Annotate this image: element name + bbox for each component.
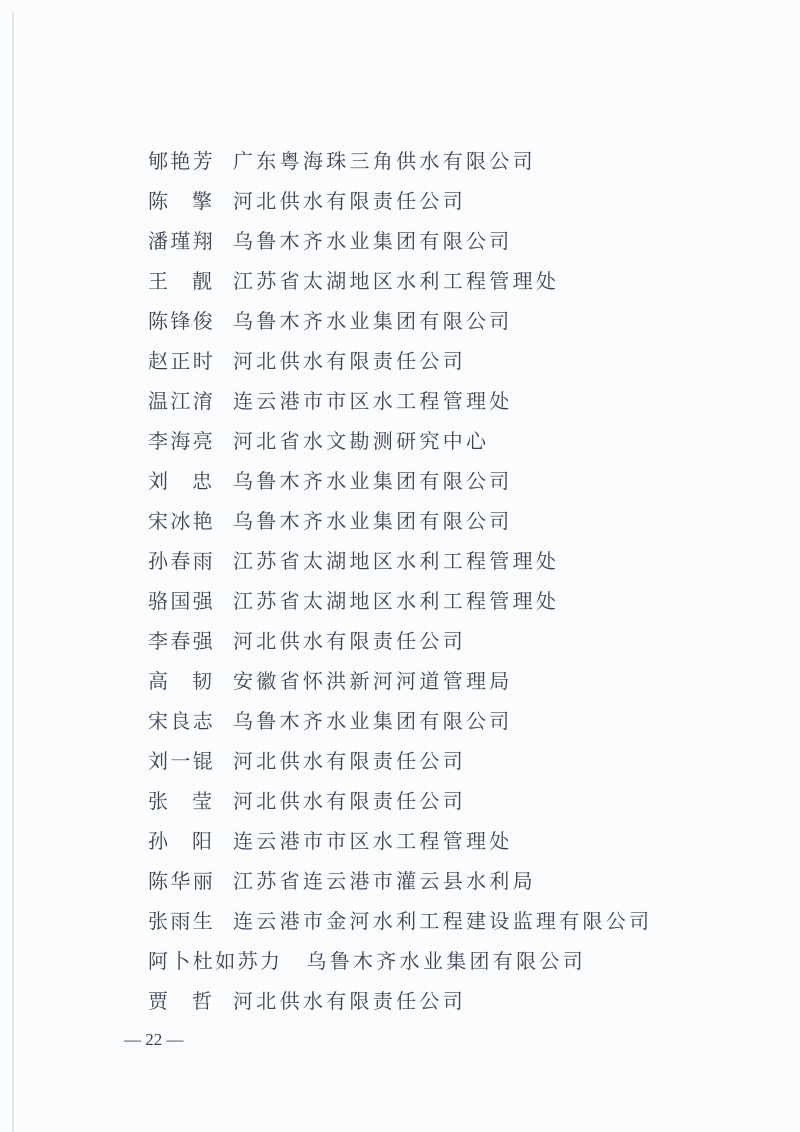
organization-name: 连云港市金河水利工程建设监理有限公司 [233,906,652,936]
name-char: 王 [148,266,168,296]
name-char: 擎 [192,186,212,216]
list-item: 温江淯 连云港市市区水工程管理处 [148,386,652,426]
list-item: 李海亮 河北省水文勘测研究中心 [148,426,652,466]
person-name: 温江淯 [148,386,233,416]
person-name: 赵正时 [148,346,233,376]
person-name: 陈锋俊 [148,306,233,336]
name-char: 陈 [148,186,168,216]
organization-name: 乌鲁木齐水业集团有限公司 [306,946,586,976]
person-name: 李海亮 [148,426,233,456]
name-char: 阳 [192,826,212,856]
personnel-list: 郇艳芳 广东粤海珠三角供水有限公司 陈 擎 河北供水有限责任公司 潘瑾翔 乌鲁木… [148,146,652,1026]
person-name: 宋良志 [148,706,233,736]
name-char: 哲 [192,986,212,1016]
name-char: 莹 [192,786,212,816]
name-char: 孙 [148,826,168,856]
person-name: 张 莹 [148,786,212,816]
person-name: 王 靓 [148,266,212,296]
list-item: 孙春雨 江苏省太湖地区水利工程管理处 [148,546,652,586]
person-name: 阿卜杜如苏力 [148,946,282,976]
organization-name: 江苏省太湖地区水利工程管理处 [233,546,559,576]
organization-name: 江苏省太湖地区水利工程管理处 [233,266,559,296]
list-item: 阿卜杜如苏力 乌鲁木齐水业集团有限公司 [148,946,652,986]
person-name: 郇艳芳 [148,146,233,176]
person-name: 李春强 [148,626,233,656]
list-item: 陈 擎 河北供水有限责任公司 [148,186,652,226]
name-char: 刘 [148,466,168,496]
page-edge-line [12,12,14,1132]
list-item: 宋良志 乌鲁木齐水业集团有限公司 [148,706,652,746]
list-item: 刘 忠 乌鲁木齐水业集团有限公司 [148,466,652,506]
list-item: 陈华丽 江苏省连云港市灌云县水利局 [148,866,652,906]
name-char: 靓 [192,266,212,296]
person-name: 潘瑾翔 [148,226,233,256]
organization-name: 安徽省怀洪新河河道管理局 [233,666,513,696]
list-item: 陈锋俊 乌鲁木齐水业集团有限公司 [148,306,652,346]
list-item: 郇艳芳 广东粤海珠三角供水有限公司 [148,146,652,186]
organization-name: 乌鲁木齐水业集团有限公司 [233,226,513,256]
person-name: 贾 哲 [148,986,212,1016]
list-item: 刘一锟 河北供水有限责任公司 [148,746,652,786]
page-number: — 22 — [124,1030,184,1050]
person-name: 骆国强 [148,586,233,616]
list-item: 张 莹 河北供水有限责任公司 [148,786,652,826]
name-char: 忠 [192,466,212,496]
organization-name: 乌鲁木齐水业集团有限公司 [233,466,513,496]
list-item: 李春强 河北供水有限责任公司 [148,626,652,666]
name-char: 贾 [148,986,168,1016]
organization-name: 河北供水有限责任公司 [233,346,466,376]
organization-name: 连云港市市区水工程管理处 [233,826,513,856]
person-name: 陈华丽 [148,866,233,896]
list-item: 贾 哲 河北供水有限责任公司 [148,986,652,1026]
list-item: 潘瑾翔 乌鲁木齐水业集团有限公司 [148,226,652,266]
person-name: 刘 忠 [148,466,212,496]
organization-name: 河北供水有限责任公司 [233,626,466,656]
name-char: 韧 [192,666,212,696]
organization-name: 乌鲁木齐水业集团有限公司 [233,706,513,736]
person-name: 张雨生 [148,906,233,936]
person-name: 孙 阳 [148,826,212,856]
list-item: 骆国强 江苏省太湖地区水利工程管理处 [148,586,652,626]
organization-name: 河北供水有限责任公司 [233,746,466,776]
organization-name: 江苏省太湖地区水利工程管理处 [233,586,559,616]
organization-name: 河北供水有限责任公司 [233,186,466,216]
person-name: 刘一锟 [148,746,233,776]
organization-name: 连云港市市区水工程管理处 [233,386,513,416]
organization-name: 河北省水文勘测研究中心 [233,426,489,456]
organization-name: 乌鲁木齐水业集团有限公司 [233,506,513,536]
list-item: 王 靓 江苏省太湖地区水利工程管理处 [148,266,652,306]
list-item: 赵正时 河北供水有限责任公司 [148,346,652,386]
person-name: 陈 擎 [148,186,212,216]
person-name: 宋冰艳 [148,506,233,536]
person-name: 高 韧 [148,666,212,696]
name-char: 张 [148,786,168,816]
person-name: 孙春雨 [148,546,233,576]
organization-name: 河北供水有限责任公司 [233,786,466,816]
organization-name: 乌鲁木齐水业集团有限公司 [233,306,513,336]
organization-name: 广东粤海珠三角供水有限公司 [233,146,536,176]
list-item: 张雨生 连云港市金河水利工程建设监理有限公司 [148,906,652,946]
organization-name: 江苏省连云港市灌云县水利局 [233,866,536,896]
organization-name: 河北供水有限责任公司 [233,986,466,1016]
list-item: 宋冰艳 乌鲁木齐水业集团有限公司 [148,506,652,546]
name-char: 高 [148,666,168,696]
list-item: 孙 阳 连云港市市区水工程管理处 [148,826,652,866]
list-item: 高 韧 安徽省怀洪新河河道管理局 [148,666,652,706]
